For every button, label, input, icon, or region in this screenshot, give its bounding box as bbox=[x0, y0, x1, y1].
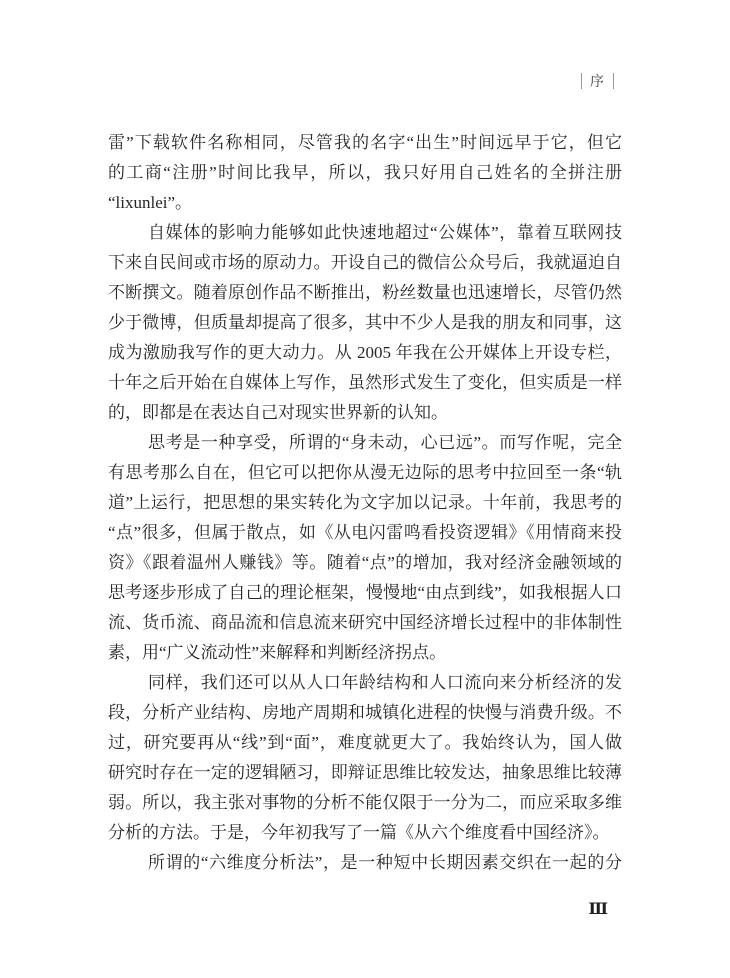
text-line: 成为激励我写作的更大动力。从 2005 年我在公开媒体上开设专栏，到 bbox=[108, 338, 622, 368]
text-line: 分析的方法。于是，今年初我写了一篇《从六个维度看中国经济》。 bbox=[108, 818, 622, 848]
text-line: 过，研究要再从“线”到“面”，难度就更大了。我始终认为，国人做 bbox=[108, 728, 622, 758]
text-line: 少于微博，但质量却提高了很多，其中不少人是我的朋友和同事，这又 bbox=[108, 308, 622, 338]
text-line: 自媒体的影响力能够如此快速地超过“公媒体”，靠着互联网技术 bbox=[108, 218, 622, 248]
body-text: 雷”下载软件名称相同，尽管我的名字“出生”时间远早于它，但它的工商“注册”时间比… bbox=[108, 128, 622, 878]
text-line: 道”上运行，把思想的果实转化为文字加以记录。十年前，我思考的 bbox=[108, 488, 622, 518]
header-divider-left-icon bbox=[581, 73, 582, 89]
text-line: 研究时存在一定的逻辑陋习，即辩证思维比较发达，抽象思维比较薄 bbox=[108, 758, 622, 788]
text-line: 思考逐步形成了自己的理论框架，慢慢地“由点到线”，如我根据人口 bbox=[108, 578, 622, 608]
text-line: 十年之后开始在自媒体上写作，虽然形式发生了变化，但实质是一样 bbox=[108, 368, 622, 398]
header-title: 序 bbox=[590, 71, 605, 91]
book-page: 序 雷”下载软件名称相同，尽管我的名字“出生”时间远早于它，但它的工商“注册”时… bbox=[0, 0, 730, 978]
header-divider-right-icon bbox=[613, 73, 614, 89]
text-line: 段，分析产业结构、房地产周期和城镇化进程的快慢与消费升级。不 bbox=[108, 698, 622, 728]
text-line: “点”很多，但属于散点，如《从电闪雷鸣看投资逻辑》《用情商来投 bbox=[108, 518, 622, 548]
text-line: 的工商“注册”时间比我早，所以，我只好用自己姓名的全拼注册 bbox=[108, 158, 622, 188]
text-line: 同样，我们还可以从人口年龄结构和人口流向来分析经济的发展阶 bbox=[108, 668, 622, 698]
text-line: 流、货币流、商品流和信息流来研究中国经济增长过程中的非体制性因 bbox=[108, 608, 622, 638]
text-line: 素，用“广义流动性”来解释和判断经济拐点。 bbox=[108, 638, 622, 668]
text-line: 雷”下载软件名称相同，尽管我的名字“出生”时间远早于它，但它 bbox=[108, 128, 622, 158]
page-number: Ⅲ bbox=[589, 899, 608, 918]
text-line: 下来自民间或市场的原动力。开设自己的微信公众号后，我就逼迫自己 bbox=[108, 248, 622, 278]
text-line: 所谓的“六维度分析法”，是一种短中长期因素交织在一起的分 bbox=[108, 848, 622, 878]
page-header: 序 bbox=[581, 71, 614, 91]
text-line: “lixunlei”。 bbox=[108, 188, 622, 218]
text-line: 有思考那么自在，但它可以把你从漫无边际的思考中拉回至一条“轨 bbox=[108, 458, 622, 488]
text-line: 弱。所以，我主张对事物的分析不能仅限于一分为二，而应采取多维度 bbox=[108, 788, 622, 818]
text-line: 的，即都是在表达自己对现实世界新的认知。 bbox=[108, 398, 622, 428]
text-line: 不断撰文。随着原创作品不断推出，粉丝数量也迅速增长，尽管仍然远 bbox=[108, 278, 622, 308]
text-line: 思考是一种享受，所谓的“身未动，心已远”。而写作呢，完全没 bbox=[108, 428, 622, 458]
text-line: 资》《跟着温州人赚钱》等。随着“点”的增加，我对经济金融领域的 bbox=[108, 548, 622, 578]
